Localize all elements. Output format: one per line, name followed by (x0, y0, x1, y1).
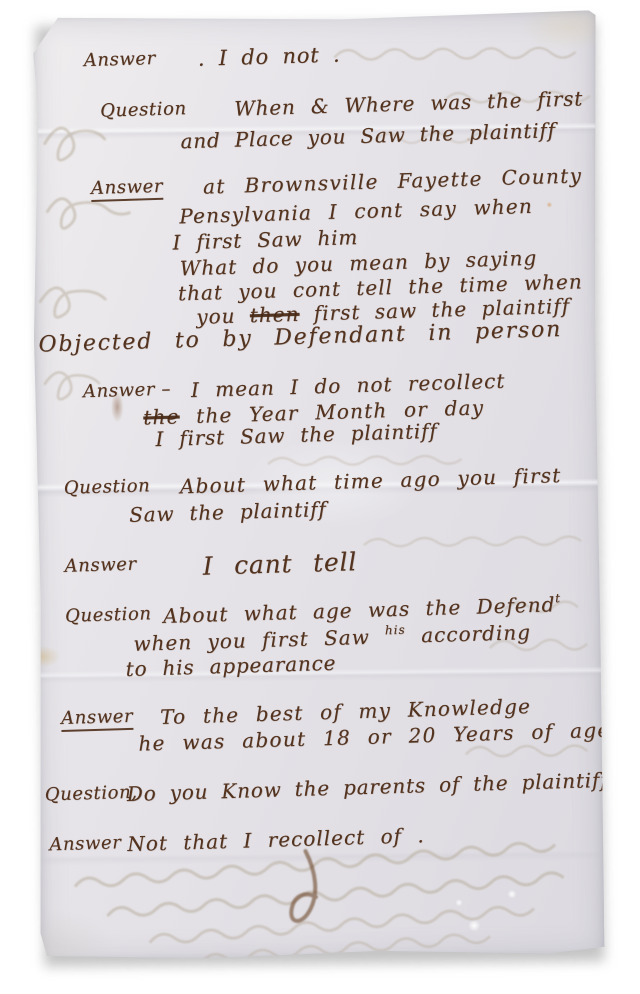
qa-label: Answer (91, 176, 164, 202)
qa-line-1: Answer. I do not . (29, 35, 596, 84)
text-segment: Saw the plaintiff (129, 497, 327, 527)
qa-line-text: I cant tell (202, 547, 357, 581)
qa-line-22: Question,Do you Know the parents of the … (37, 768, 604, 817)
text-segment: When & Where was the first time (234, 84, 640, 120)
qa-line-text: When & Where was the first time (234, 84, 640, 120)
qa-label: Question (100, 98, 187, 122)
text-segment: you (196, 303, 250, 329)
qa-label: Answer (61, 706, 134, 732)
text-segment: I first Saw him (172, 225, 358, 254)
text-segment: . I do not . (197, 43, 340, 71)
qa-label: Answer (49, 832, 122, 855)
text-segment: Not that I recollect of . (127, 823, 425, 856)
manuscript-paper: Answer. I do not .QuestionWhen & Where w… (29, 10, 604, 961)
qa-line-text: . I do not . (197, 43, 340, 71)
text-segment: Do you Know the parents of the plaintiff (126, 768, 608, 806)
qa-line-16: AnswerI cant tell (34, 540, 601, 589)
text-segment: according (405, 620, 531, 648)
qa-line-text: Saw the plaintiff (129, 497, 327, 527)
document-photo: Answer. I do not .QuestionWhen & Where w… (0, 0, 640, 994)
qa-line-text: Not that I recollect of . (127, 823, 425, 856)
qa-label: Answer (83, 48, 156, 71)
qa-line-text: to his appearance (125, 651, 336, 681)
qa-label: Answer (64, 554, 137, 577)
qa-line-23: AnswerNot that I recollect of . (37, 818, 604, 867)
struck-out-word: then (249, 302, 299, 327)
qa-label: Question, (45, 782, 138, 806)
text-segment: I cant tell (202, 547, 357, 581)
ink-flourish (291, 851, 316, 921)
qa-line-text: I first Saw him (172, 225, 358, 254)
qa-label: Question (64, 475, 151, 499)
qa-label: Question (65, 603, 152, 627)
superscript-insert: t (555, 591, 561, 605)
manuscript-text-lines: Answer. I do not .QuestionWhen & Where w… (29, 10, 595, 15)
qa-line-text: Do you Know the parents of the plaintiff (126, 768, 608, 806)
qa-label: Answer – (83, 379, 172, 403)
text-segment: to his appearance (125, 651, 336, 681)
superscript-insert: his (385, 623, 406, 638)
